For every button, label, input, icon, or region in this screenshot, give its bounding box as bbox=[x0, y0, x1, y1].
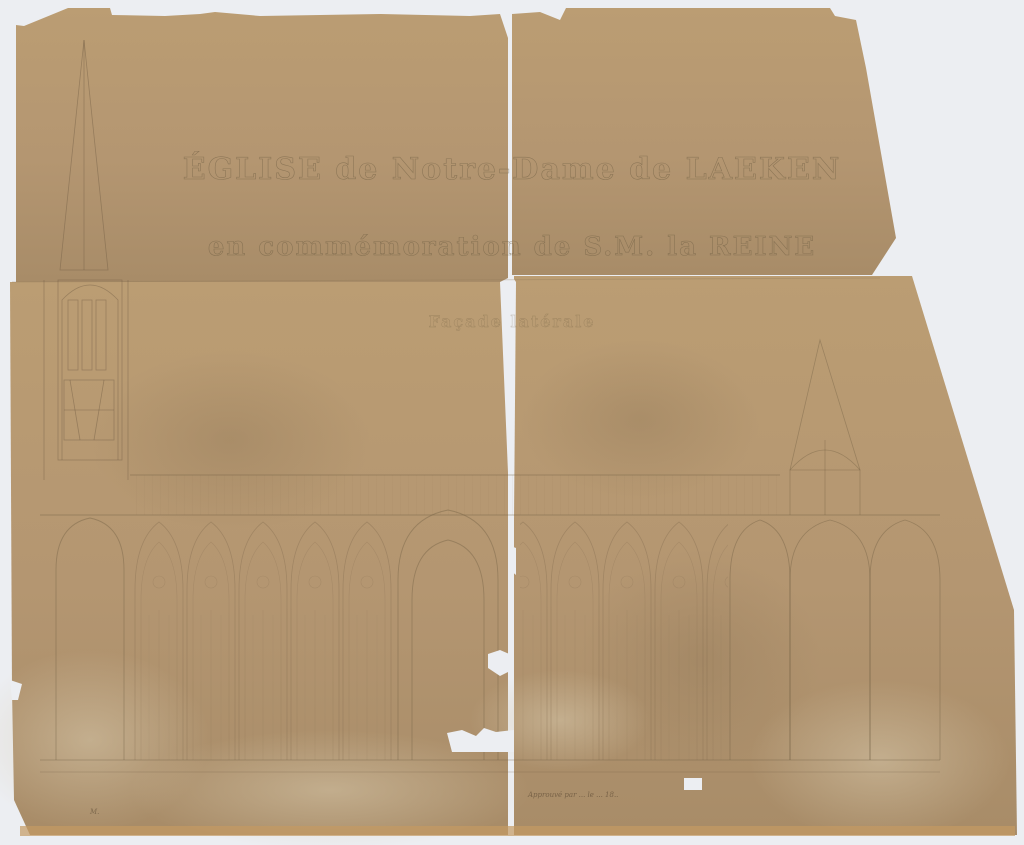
drawing-sheet: ÉGLISE de Notre-Dame de LAEKEN en commém… bbox=[0, 0, 1024, 845]
title-line-1: ÉGLISE de Notre-Dame de LAEKEN bbox=[0, 152, 1024, 187]
corner-note: M. bbox=[90, 808, 99, 816]
paper-hole bbox=[447, 728, 514, 752]
title-line-2: en commémoration de S.M. la REINE bbox=[0, 232, 1024, 262]
title-line-3: Façade latérale bbox=[0, 312, 1024, 331]
signature-note: Approuvé par ... le ... 18.. bbox=[528, 790, 698, 800]
paper-hole bbox=[684, 778, 702, 790]
paper-hole bbox=[508, 545, 516, 575]
paper-and-drawing bbox=[0, 0, 1024, 845]
